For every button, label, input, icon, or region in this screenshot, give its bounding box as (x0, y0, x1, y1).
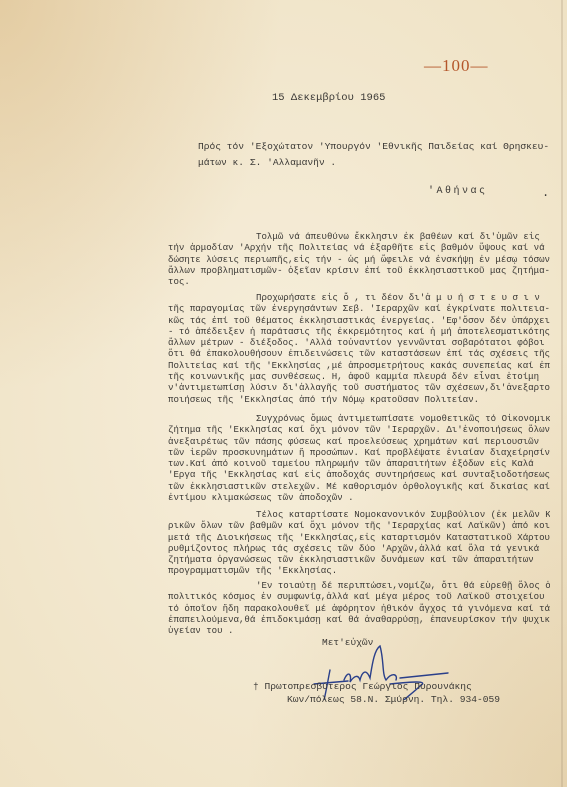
place-dot: . (542, 186, 549, 200)
text-line: ἐπαπειλούμενα,θά ἐπιδοκιμάσῃ καί θά ἀναθ… (168, 614, 550, 625)
text-line: Τέλος καταρτίσατε Νομοκανονικόν Συμβούλι… (168, 509, 550, 520)
text-line: ὅτι θά ἐπακολουθήσουν ἐπιδεινώσεις τῶν κ… (168, 348, 550, 359)
text-line: 'Εν τοιαύτῃ δέ περιπτώσει,νομίζω, ὅτι θά… (168, 580, 550, 591)
text-line: κῶς τάς ἐπί τοῦ θέματος ἐκκλησιαστικάς ἐ… (168, 315, 550, 326)
text-line: ζήτημα τῆς 'Εκκλησίας καί ὄχι μόνον τῶν … (168, 424, 550, 435)
text-line: ρικῶν ὅλων τῶν βαθμῶν καί ὄχι μόνον τῆς … (168, 520, 550, 531)
text-line: τῶν ἱερῶν προσκυνημάτων ἤ προσώπων. Καί … (168, 447, 550, 458)
text-line: ζητήματα ὀργανώσεως τῶν ἐκκλησιαστικῶν δ… (168, 554, 550, 565)
text-line: τῶν ἐκκλησιαστικῶν στελεχῶν. Μέ καθορισμ… (168, 481, 550, 492)
text-line: δώσητε λύσεις περιωπῆς,εἰς τήν - ὡς μή ὤ… (168, 254, 550, 265)
place-name: 'Αθήνας (428, 186, 488, 197)
signatory-address: Κων/πόλεως 58.Ν. Σμύρνη. Τηλ. 934-059 (287, 694, 500, 705)
text-line: τῆς κοινωνικῆς μας συνθέσεως. Η, ἀφοῦ κα… (168, 371, 550, 382)
text-line: μετά τῆς Διοικήσεως τῆς 'Εκκλησίας,εἰς κ… (168, 532, 550, 543)
text-line: τήν ἁρμοδίαν 'Αρχήν τῆς Πολιτείας νά ἐξα… (168, 242, 550, 253)
text-line: ν'ἀντιμετωπίσῃ λύσιν δι'ἀλλαγῆς τοῦ συστ… (168, 382, 550, 393)
paper-fold-edge (561, 0, 563, 787)
paragraph-2: Προχωρήσατε εἰς ὅ , τι δέον δι'ἀ μ υ ή σ… (168, 292, 550, 405)
text-line: ἀνεξαιρέτως τῶν πάσης φύσεως καί προελεύ… (168, 436, 550, 447)
page-number: —100— (424, 56, 489, 76)
text-line: ἐντίμου κλιμακώσεως τῶν ἀποδοχῶν . (168, 492, 550, 503)
text-line: Τολμῶ νά άπευθύνω ἔκκλησιν ἐκ βαθέων καί… (168, 231, 550, 242)
paragraph-4: Τέλος καταρτίσατε Νομοκανονικόν Συμβούλι… (168, 509, 550, 577)
text-line: τος. (168, 276, 550, 287)
text-line: ἄλλων προβληματισμῶν- ὀξεῖαν κρίσιν ἐπί … (168, 265, 550, 276)
text-line: τό ὁποῖον ἤδη παρακολουθεῖ μέ ἀφόρητον ἠ… (168, 603, 550, 614)
paragraph-5: 'Εν τοιαύτῃ δέ περιπτώσει,νομίζω, ὅτι θά… (168, 580, 550, 636)
paragraph-3: Συγχρόνως ὅμως ἀντιμετωπίσατε νομοθετικῶ… (168, 413, 550, 503)
text-line: προγραμματισμῶν τῆς 'Εκκλησίας. (168, 565, 550, 576)
letter-date: 15 Δεκεμβρίου 1965 (272, 92, 385, 104)
paragraph-1: Τολμῶ νά άπευθύνω ἔκκλησιν ἐκ βαθέων καί… (168, 231, 550, 287)
text-line: ἄλλων μέτρων - διέξοδος. 'Αλλά τοὐναντίο… (168, 337, 550, 348)
text-line: ποιήσεως τῆς 'Εκκλησίας ἀπό τήν Νόμῳ κρα… (168, 394, 550, 405)
text-line: - τό ἀπέδειξεν ἡ παράτασις τῆς ἐκκρεμότη… (168, 326, 550, 337)
recipient-line-1: Πρός τόν 'Εξοχώτατον 'Υπουργόν 'Εθνικῆς … (198, 141, 549, 152)
text-line: τῆς παραγομίας τῶν ἐνεργησάντων Σεβ. 'Ιε… (168, 303, 550, 314)
text-line: πολιτικός κόσμος ἐν συμφωνίᾳ,ἀλλά καί μέ… (168, 591, 550, 602)
text-line: Πολιτείας καί τῆς 'Εκκλησίας ,μέ ἀπροσμε… (168, 360, 550, 371)
letter-page: —100— 15 Δεκεμβρίου 1965 Πρός τόν 'Εξοχώ… (0, 0, 567, 787)
text-line: ρυθμίζοντος πλήρως τάς σχέσεις τῶν δύο '… (168, 543, 550, 554)
text-line: ὑγείαν του . (168, 625, 550, 636)
recipient-line-2: μάτων κ. Σ. 'Αλλαμανῆν . (198, 157, 336, 168)
signatory-name: † Πρωτοπρεσβύτερος Γεώργιος Πυρουνάκης (253, 681, 472, 692)
text-line: των.Καί ἀπό κοινοῦ ταμείου πληρωμήν τῶν … (168, 458, 550, 469)
text-line: Συγχρόνως ὅμως ἀντιμετωπίσατε νομοθετικῶ… (168, 413, 550, 424)
text-line: Προχωρήσατε εἰς ὅ , τι δέον δι'ἀ μ υ ή σ… (168, 292, 550, 303)
text-line: 'Εργα τῆς 'Εκκλησίας καί εἰς ἀποδοχάς συ… (168, 469, 550, 480)
